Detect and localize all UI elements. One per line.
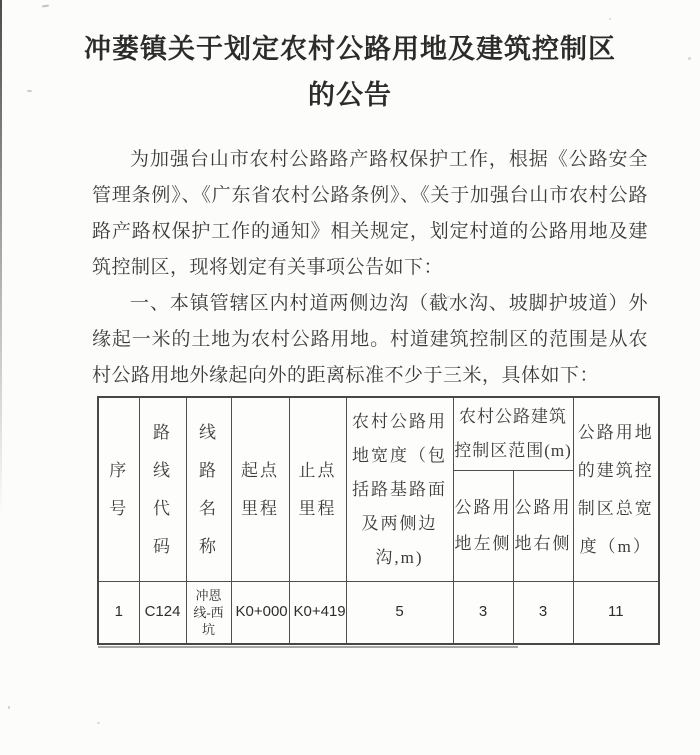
paragraph-item-one: 一、本镇管辖区内村道两侧边沟（截水沟、坡脚护坡道）外缘起一米的土地为农村公路用地… bbox=[92, 286, 648, 394]
col-header-end-mileage: 止点里程 bbox=[289, 397, 346, 582]
cell-seq: 1 bbox=[98, 582, 139, 644]
col-header-land-width: 农村公路用地宽度（包括路基路面及两侧边沟,m) bbox=[346, 397, 453, 582]
title-line-2: 的公告 bbox=[0, 72, 700, 118]
scan-speck bbox=[447, 296, 450, 298]
road-table-wrapper: 序号 路线代码 线路名称 起点里程 止点里程 农村公路用地宽度（包括路基路面及两… bbox=[97, 396, 658, 645]
scan-speck bbox=[8, 706, 10, 709]
cell-left-side: 3 bbox=[453, 582, 513, 644]
scan-speck bbox=[97, 722, 100, 724]
cell-land-width: 5 bbox=[346, 582, 453, 644]
paragraph-intro: 为加强台山市农村公路路产路权保护工作，根据《公路安全管理条例》、《广东省农村公路… bbox=[92, 142, 648, 286]
col-header-start-mileage: 起点里程 bbox=[231, 397, 289, 582]
cell-start-mileage: K0+000 bbox=[231, 582, 289, 644]
road-control-table: 序号 路线代码 线路名称 起点里程 止点里程 农村公路用地宽度（包括路基路面及两… bbox=[97, 396, 660, 645]
cell-total-width: 11 bbox=[573, 582, 659, 644]
title-line-1: 冲蒌镇关于划定农村公路用地及建筑控制区 bbox=[0, 26, 700, 72]
scan-speck bbox=[27, 90, 32, 93]
cell-route-code: C124 bbox=[139, 582, 186, 644]
col-header-total-width: 公路用地的建筑控制区总宽度（m） bbox=[573, 397, 659, 582]
col-header-route-code: 路线代码 bbox=[139, 397, 186, 582]
scan-speck bbox=[609, 18, 611, 20]
col-header-left-side: 公路用地左侧 bbox=[453, 471, 513, 582]
document-body: 为加强台山市农村公路路产路权保护工作，根据《公路安全管理条例》、《广东省农村公路… bbox=[92, 142, 648, 394]
cell-line-name: 冲恩线-西坑 bbox=[186, 582, 231, 644]
document-page: 冲蒌镇关于划定农村公路用地及建筑控制区 的公告 为加强台山市农村公路路产路权保护… bbox=[0, 0, 700, 755]
col-header-line-name: 线路名称 bbox=[186, 397, 231, 582]
document-title: 冲蒌镇关于划定农村公路用地及建筑控制区 的公告 bbox=[0, 0, 700, 118]
col-header-control-range-group: 农村公路建筑控制区范围(m) bbox=[453, 397, 573, 471]
scan-edge-artifact bbox=[0, 0, 2, 544]
scan-speck bbox=[688, 57, 691, 60]
cell-end-mileage: K0+419 bbox=[289, 582, 346, 644]
table-row: 1 C124 冲恩线-西坑 K0+000 K0+419 5 3 3 11 bbox=[98, 582, 659, 644]
cell-right-side: 3 bbox=[513, 582, 573, 644]
col-header-seq: 序号 bbox=[98, 397, 139, 582]
col-header-right-side: 公路用地右侧 bbox=[513, 471, 573, 582]
table-header-row-1: 序号 路线代码 线路名称 起点里程 止点里程 农村公路用地宽度（包括路基路面及两… bbox=[98, 397, 659, 471]
